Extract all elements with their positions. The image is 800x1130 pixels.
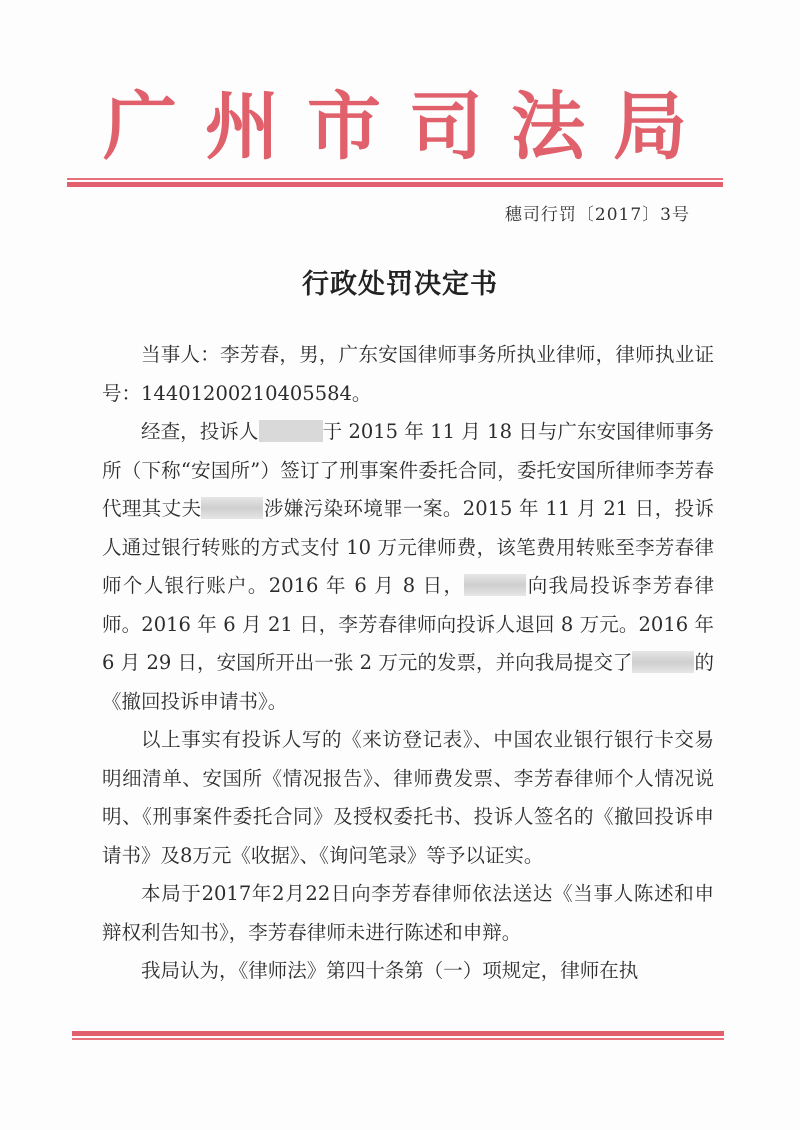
- paragraph-party: 当事人：李芳春，男，广东安国律师事务所执业律师，律师执业证号：144012002…: [102, 336, 714, 413]
- masthead-char: 州: [197, 82, 287, 172]
- text-segment: 经查，投诉人: [141, 420, 259, 443]
- redacted-name: [259, 420, 323, 442]
- redacted-name: [464, 574, 526, 596]
- divider-thin-line: [72, 1038, 724, 1040]
- header-divider: [67, 178, 723, 187]
- paragraph-notice: 本局于2017年2月22日向李芳春律师依法送达《当事人陈述和申辩权利告知书》，李…: [102, 875, 714, 952]
- redacted-name: [632, 651, 694, 673]
- paragraph-investigation: 经查，投诉人于 2015 年 11 月 18 日与广东安国律师事务所（下称“安国…: [102, 413, 714, 721]
- masthead-char: 市: [299, 82, 389, 172]
- masthead-char: 广: [95, 82, 185, 172]
- masthead-char: 法: [503, 82, 593, 172]
- document-number: 穗司行罚〔2017〕3号: [505, 200, 690, 225]
- divider-thick-line: [67, 182, 723, 187]
- document-page: 广 州 市 司 法 局 穗司行罚〔2017〕3号 行政处罚决定书 当事人：李芳春…: [0, 0, 800, 1130]
- document-body: 当事人：李芳春，男，广东安国律师事务所执业律师，律师执业证号：144012002…: [102, 336, 714, 991]
- footer-divider: [72, 1031, 724, 1040]
- redacted-name: [201, 497, 263, 519]
- paragraph-finding: 我局认为，《律师法》第四十条第（一）项规定，律师在执: [102, 952, 714, 991]
- masthead-char: 司: [401, 82, 491, 172]
- document-title: 行政处罚决定书: [0, 262, 800, 301]
- paragraph-evidence: 以上事实有投诉人写的《来访登记表》、中国农业银行银行卡交易明细清单、安国所《情况…: [102, 721, 714, 875]
- agency-masthead: 广 州 市 司 法 局: [95, 82, 695, 172]
- masthead-char: 局: [605, 82, 695, 172]
